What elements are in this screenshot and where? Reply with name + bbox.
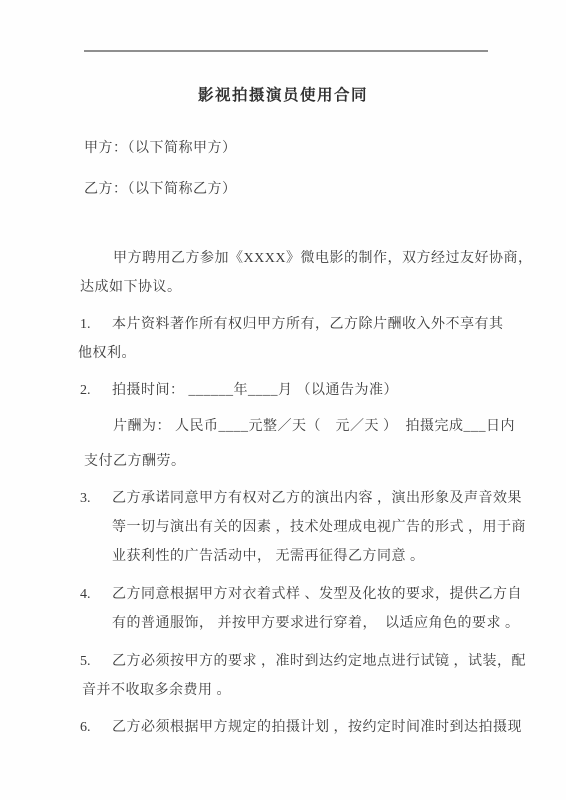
clause-5-text: 乙方必须按甲方的要求 ，准时到达约定地点进行试镜 ，试装，配	[112, 654, 526, 669]
clause-3-line-3: 业获利性的广告活动中， 无需再征得乙方同意 。	[0, 542, 566, 571]
clause-2-pay-line-2: 支付乙方酬劳。	[0, 447, 566, 476]
clause-2-text: 拍摄时间： ______年____月 （以通告为准）	[112, 383, 398, 398]
party-a-line: 甲方：（以下简称甲方）	[0, 134, 566, 163]
intro-line-2: 达成如下协议。	[0, 273, 566, 302]
clause-3-line-1: 3.乙方承诺同意甲方有权对乙方的演出内容 ，演出形象及声音效果	[0, 484, 566, 513]
clause-2-number: 2.	[80, 376, 112, 405]
clause-6-text: 乙方必须根据甲方规定的拍摄计划 ，按约定时间准时到达拍摄现	[112, 720, 522, 735]
clause-1-text: 本片资料著作所有权归甲方所有，乙方除片酬收入外不享有其	[112, 317, 504, 332]
clause-6-line-1: 6.乙方必须根据甲方规定的拍摄计划 ，按约定时间准时到达拍摄现	[0, 713, 566, 742]
clause-1-number: 1.	[80, 310, 112, 339]
clause-1-line-1: 1.本片资料著作所有权归甲方所有，乙方除片酬收入外不享有其	[0, 310, 566, 339]
clause-4-line-1: 4.乙方同意根据甲方对衣着式样 、发型及化妆的要求，提供乙方自	[0, 580, 566, 609]
clause-3-number: 3.	[80, 484, 112, 513]
clause-5-number: 5.	[80, 647, 112, 676]
clause-2-line-1: 2.拍摄时间： ______年____月 （以通告为准）	[0, 376, 566, 405]
document-page: 影视拍摄演员使用合同 甲方：（以下简称甲方） 乙方：（以下简称乙方） 甲方聘用乙…	[0, 0, 566, 800]
clause-4-text: 乙方同意根据甲方对衣着式样 、发型及化妆的要求，提供乙方自	[112, 587, 522, 602]
clause-5-line-2: 音并不收取多余费用 。	[0, 676, 566, 705]
clause-3-line-2: 等一切与演出有关的因素 ，技术处理成电视广告的形式 ，用于商	[0, 513, 566, 542]
clause-4-line-2: 有的普通服饰， 并按甲方要求进行穿着， 以适应角色的要求 。	[0, 609, 566, 638]
contract-title: 影视拍摄演员使用合同	[0, 0, 566, 106]
clause-6-number: 6.	[80, 713, 112, 742]
clause-5-line-1: 5.乙方必须按甲方的要求 ，准时到达约定地点进行试镜 ，试装，配	[0, 647, 566, 676]
clause-4-number: 4.	[80, 580, 112, 609]
intro-line-1: 甲方聘用乙方参加《XXXX》微电影的制作，双方经过友好协商，	[0, 244, 566, 273]
clause-1-line-2: 他权利。	[0, 339, 566, 368]
party-b-line: 乙方：（以下简称乙方）	[0, 175, 566, 204]
clause-3-text: 乙方承诺同意甲方有权对乙方的演出内容 ，演出形象及声音效果	[112, 491, 522, 506]
header-divider-line	[84, 50, 488, 52]
clause-2-pay-line-1: 片酬为： 人民币____元整／天（ 元／天 ） 拍摄完成___日内	[0, 412, 566, 441]
